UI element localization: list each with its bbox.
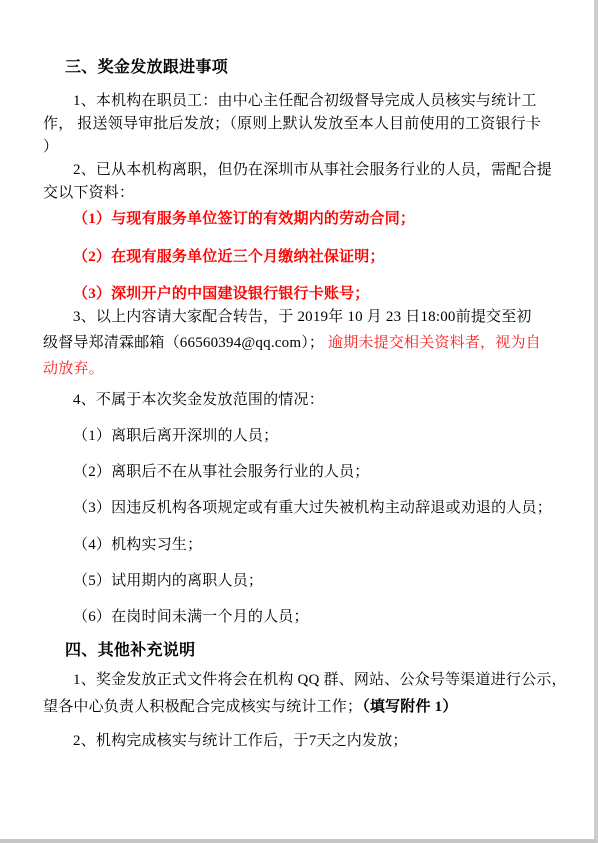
exclusion-item: （4）机构实习生； [43,534,550,557]
email-text: 级督导郑清霖邮箱（66560394@qq.com）； [43,335,324,351]
para-line: 望各中心负责人积极配合完成核实与统计工作；（填写附件 1） [43,696,550,719]
para-line: 级督导郑清霖邮箱（66560394@qq.com）； 逾期未提交相关资料者，视为… [43,332,550,355]
para-line: 4、不属于本次奖金发放范围的情况： [43,389,550,412]
overdue-warning-text: 动放弃。 [43,358,550,381]
exclusion-item: （6）在岗时间未满一个月的人员； [43,606,550,629]
para-line: 作， 报送领导审批后发放；（原则上默认发放至本人目前使用的工资银行卡 [43,113,550,136]
section4-heading: 四、其他补充说明 [43,640,550,661]
para-line: 2、机构完成核实与统计工作后，于7天之内发放； [43,730,550,753]
document-page: 三、奖金发放跟进事项 1、本机构在职员工：由中心主任配合初级督导完成人员核实与统… [0,0,598,843]
section3-heading: 三、奖金发放跟进事项 [43,57,550,78]
document-content: 三、奖金发放跟进事项 1、本机构在职员工：由中心主任配合初级督导完成人员核实与统… [0,0,594,753]
para-line: ） [43,136,550,159]
exclusion-item: （2）离职后不在从事社会服务行业的人员； [43,461,550,484]
required-material-item: （1）与现有服务单位签订的有效期内的劳动合同； [43,208,550,231]
required-material-item: （2）在现有服务单位近三个月缴纳社保证明； [43,246,550,269]
exclusion-item: （3）因违反机构各项规定或有重大过失被机构主动辞退或劝退的人员； [43,497,550,520]
para-line: 1、本机构在职员工：由中心主任配合初级督导完成人员核实与统计工 [43,90,550,113]
para-text: 望各中心负责人积极配合完成核实与统计工作； [43,699,362,715]
required-material-item: （3）深圳开户的中国建设银行银行卡账号； [43,283,550,306]
para-line: 交以下资料： [43,182,550,205]
para-line: 1、奖金发放正式文件将会在机构 QQ 群、网站、公众号等渠道进行公示， [43,669,550,692]
exclusion-item: （1）离职后离开深圳的人员； [43,425,550,448]
para-line: 2、已从本机构离职，但仍在深圳市从事社会服务行业的人员，需配合提 [43,159,550,182]
exclusion-item: （5）试用期内的离职人员； [43,570,550,593]
overdue-warning-text: 逾期未提交相关资料者，视为自 [324,335,541,351]
attachment-note-text: （填写附件 1） [362,699,457,715]
para-line: 3、以上内容请大家配合转告，于 2019年 10 月 23 日18:00前提交至… [43,306,550,329]
